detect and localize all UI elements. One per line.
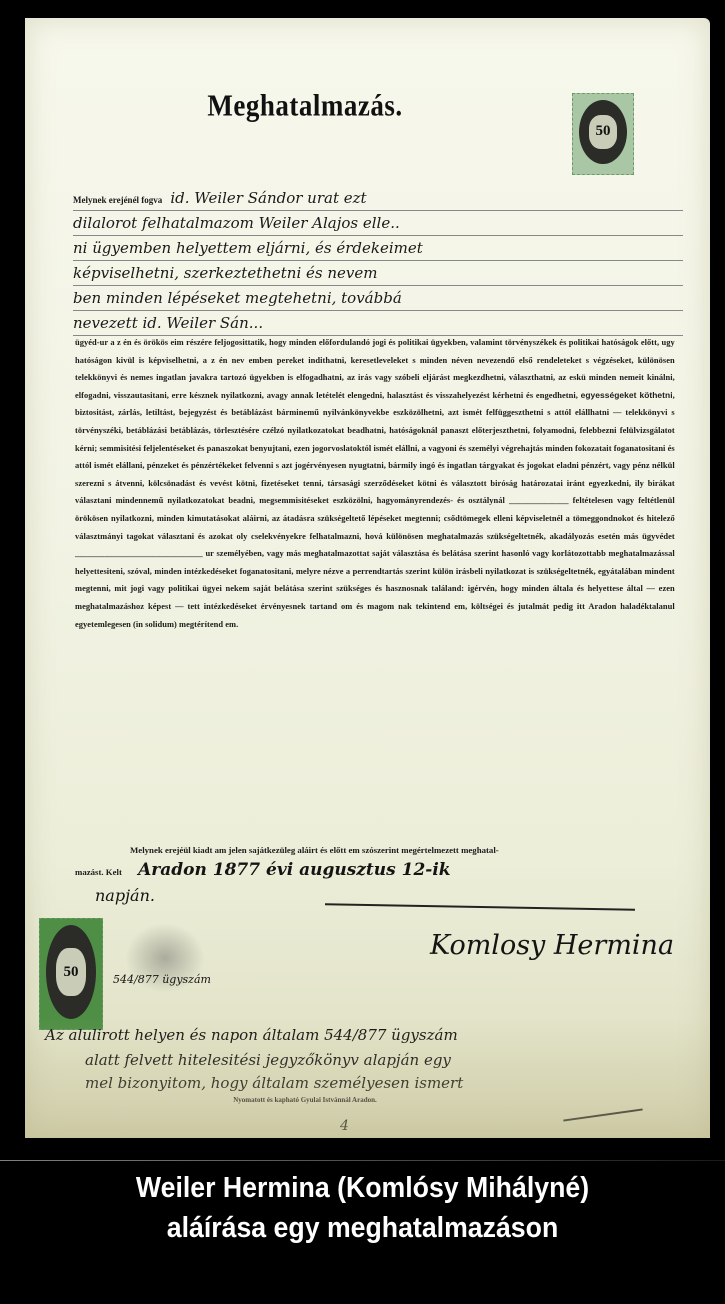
- stamp-oval-icon: 50: [46, 925, 96, 1019]
- caption-divider: [0, 1160, 725, 1161]
- date-label: mazást. Kelt: [75, 867, 122, 877]
- caption-line-2: aláírása egy meghatalmazáson: [29, 1208, 696, 1248]
- printer-imprint: Nyomatott és kapható Gyulai Istvánnál Ar…: [25, 1096, 585, 1104]
- stamp-oval-icon: 50: [579, 100, 627, 164]
- notary-note-line: alatt felvett hitelesitési jegyzőkönyv a…: [85, 1051, 451, 1069]
- handwritten-line: nevezett id. Weiler Sán...: [73, 311, 683, 336]
- opening-label: Melynek erejénél fogva: [73, 195, 162, 205]
- signature-rule: [325, 903, 635, 910]
- handwritten-line: ni ügyemben helyettem eljárni, és érdeke…: [73, 236, 683, 261]
- document-title: Meghatalmazás.: [25, 88, 585, 124]
- handwritten-date-continuation: napján.: [95, 886, 155, 905]
- revenue-stamp-top: 50: [572, 93, 634, 175]
- notary-note-line: mel bizonyitom, hogy általam személyesen…: [85, 1074, 463, 1092]
- handwritten-line: képviselhetni, szerkeztethetni és nevem: [73, 261, 683, 286]
- stamp-value: 50: [56, 948, 86, 997]
- flourish-rule: [563, 1108, 642, 1121]
- printed-body-text: ügyéd-ur a z én és örökös eim részére fe…: [75, 334, 675, 633]
- page-mark: 4: [340, 1118, 349, 1134]
- date-line: mazást. Kelt Aradon 1877 évi augusztus 1…: [75, 860, 687, 882]
- case-number-annotation: 544/877 ügyszám: [113, 973, 211, 986]
- handwritten-date: Aradon 1877 évi augusztus 12-ik: [138, 860, 450, 880]
- closing-line: Melynek erejéül kiadt am jelen sajátkezü…: [75, 840, 687, 860]
- notary-note-line: Az alulirott helyen és napon általam 544…: [45, 1026, 458, 1044]
- handwritten-line: ben minden lépéseket megtehetni, továbbá: [73, 286, 683, 311]
- emphasized-phrase: egyességeket köthetni: [581, 390, 673, 400]
- stamp-value: 50: [589, 115, 618, 148]
- handwritten-grant-block: Melynek erejénél fogvaid. Weiler Sándor …: [73, 186, 683, 336]
- handwritten-line: Melynek erejénél fogvaid. Weiler Sándor …: [73, 186, 683, 211]
- signature: Komlosy Hermina: [430, 930, 674, 961]
- closing-paragraph: Melynek erejéül kiadt am jelen sajátkezü…: [75, 840, 687, 882]
- handwritten-line: dilalorot felhatalmazom Weiler Alajos el…: [73, 211, 683, 236]
- revenue-stamp-bottom: 50: [39, 918, 103, 1030]
- caption-line-1: Weiler Hermina (Komlósy Mihályné): [29, 1168, 696, 1208]
- image-caption: Weiler Hermina (Komlósy Mihályné) aláírá…: [29, 1168, 696, 1248]
- document-page: Meghatalmazás. 50 Melynek erejénél fogva…: [25, 18, 710, 1138]
